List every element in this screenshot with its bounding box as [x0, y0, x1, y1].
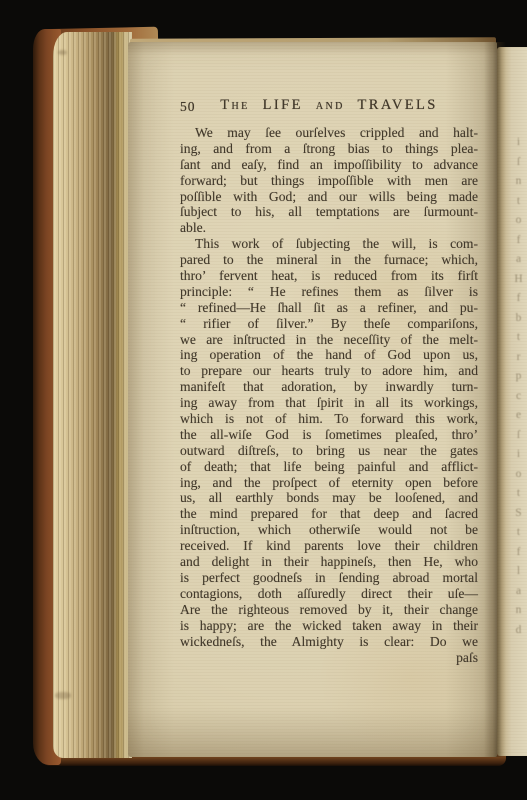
page-fore-edges	[53, 32, 132, 758]
book-page: 50 The LIFE and TRAVELS We may ſee ourſe…	[128, 42, 497, 757]
text-line: outward diſtreſs, to bring us near the g…	[180, 443, 478, 459]
ghost-glyph: d	[511, 621, 526, 641]
text-line: ing away from that ſpirit in all its wor…	[180, 395, 478, 411]
text-line: “ rifier of ſilver.” By theſe compariſon…	[180, 316, 478, 332]
text-line: Are the righteous removed by it, their c…	[180, 602, 478, 618]
text-line: which is not of him. To forward this wor…	[180, 411, 478, 427]
ghost-text-column: iſntofaHfbtrpceſiotStfland	[511, 133, 526, 640]
page-header: 50 The LIFE and TRAVELS	[180, 97, 478, 117]
text-line: pared to the mineral in the furnace; whi…	[180, 252, 478, 268]
ghost-glyph: a	[511, 250, 526, 270]
ghost-glyph: ſ	[511, 153, 526, 173]
photo-background: 50 The LIFE and TRAVELS We may ſee ourſe…	[0, 0, 527, 800]
ghost-glyph: i	[511, 445, 526, 465]
ghost-glyph: H	[511, 270, 526, 290]
ghost-glyph: p	[511, 367, 526, 387]
ghost-glyph: n	[511, 601, 526, 621]
ghost-glyph: t	[511, 328, 526, 348]
ghost-glyph: i	[511, 133, 526, 153]
page-body: We may ſee ourſelves crippled and halt-i…	[180, 125, 478, 666]
ghost-glyph: c	[511, 387, 526, 407]
ghost-glyph: t	[511, 484, 526, 504]
ghost-glyph: f	[511, 543, 526, 563]
ghost-glyph: f	[511, 289, 526, 309]
text-line: ſant and eaſy, find an impoſſibility to …	[180, 157, 478, 173]
catchword: paſs	[180, 649, 478, 666]
text-line: ſubject to his, all temptations are ſurm…	[180, 204, 478, 220]
ghost-glyph: a	[511, 582, 526, 602]
text-line: ing, and the proſpect of eternity open b…	[180, 475, 478, 491]
text-line: manifeſt that adoration, by inwardly tur…	[180, 379, 478, 395]
paragraph: This work of ſubjecting the will, is com…	[180, 236, 478, 649]
text-line: This work of ſubjecting the will, is com…	[180, 236, 478, 252]
paragraph: We may ſee ourſelves crippled and halt-i…	[180, 125, 478, 236]
text-line: of death; that life being painful and af…	[180, 459, 478, 475]
text-line: principle: “ He refines them as ſilver i…	[180, 284, 478, 300]
text-line: We may ſee ourſelves crippled and halt-	[180, 125, 478, 141]
text-line: “ refined—He ſhall ſit as a refiner, and…	[180, 300, 478, 316]
text-line: us, all earthly bonds may be looſened, a…	[180, 490, 478, 506]
text-line: to prepare our hearts truly to adore him…	[180, 363, 478, 379]
ghost-glyph: o	[511, 211, 526, 231]
ghost-glyph: r	[511, 348, 526, 368]
text-line: ing operation of the hand of God upon us…	[180, 347, 478, 363]
ghost-glyph: e	[511, 406, 526, 426]
page-number: 50	[180, 99, 196, 115]
ghost-glyph: t	[511, 523, 526, 543]
text-line: wickedneſs, the Almighty is clear: Do we	[180, 634, 478, 650]
ghost-glyph: l	[511, 562, 526, 582]
running-title: The LIFE and TRAVELS	[180, 97, 478, 114]
text-line: the mind prepared for that deep and ſacr…	[180, 506, 478, 522]
facing-page-edge: iſntofaHfbtrpceſiotStfland	[497, 47, 527, 756]
text-line: poſſible with God; and our wills being m…	[180, 189, 478, 205]
text-line: received. If kind parents love their chi…	[180, 538, 478, 554]
text-line: ing, and from a ſtrong bias to things pl…	[180, 141, 478, 157]
text-line: contagions, doth aſſuredly direct their …	[180, 586, 478, 602]
ghost-glyph: o	[511, 465, 526, 485]
ghost-glyph: b	[511, 309, 526, 329]
text-line: thro’ fervent heat, is reduced from its …	[180, 268, 478, 284]
ghost-glyph: f	[511, 231, 526, 251]
text-line: able.	[180, 220, 478, 236]
ghost-glyph: ſ	[511, 426, 526, 446]
text-line: is perfect goodneſs in ſending abroad mo…	[180, 570, 478, 586]
text-line: is happy; are the wicked taken away in t…	[180, 618, 478, 634]
text-line: and delight in their happineſs, then He,…	[180, 554, 478, 570]
text-line: the all-wiſe God is ſometimes pleaſed, t…	[180, 427, 478, 443]
text-line: we are inſtructed in the neceſſity of th…	[180, 332, 478, 348]
text-line: inſtruction, which otherwiſe would not b…	[180, 522, 478, 538]
ghost-glyph: t	[511, 192, 526, 212]
ghost-glyph: S	[511, 504, 526, 524]
text-line: forward; but things impoſſible with men …	[180, 173, 478, 189]
ghost-glyph: n	[511, 172, 526, 192]
